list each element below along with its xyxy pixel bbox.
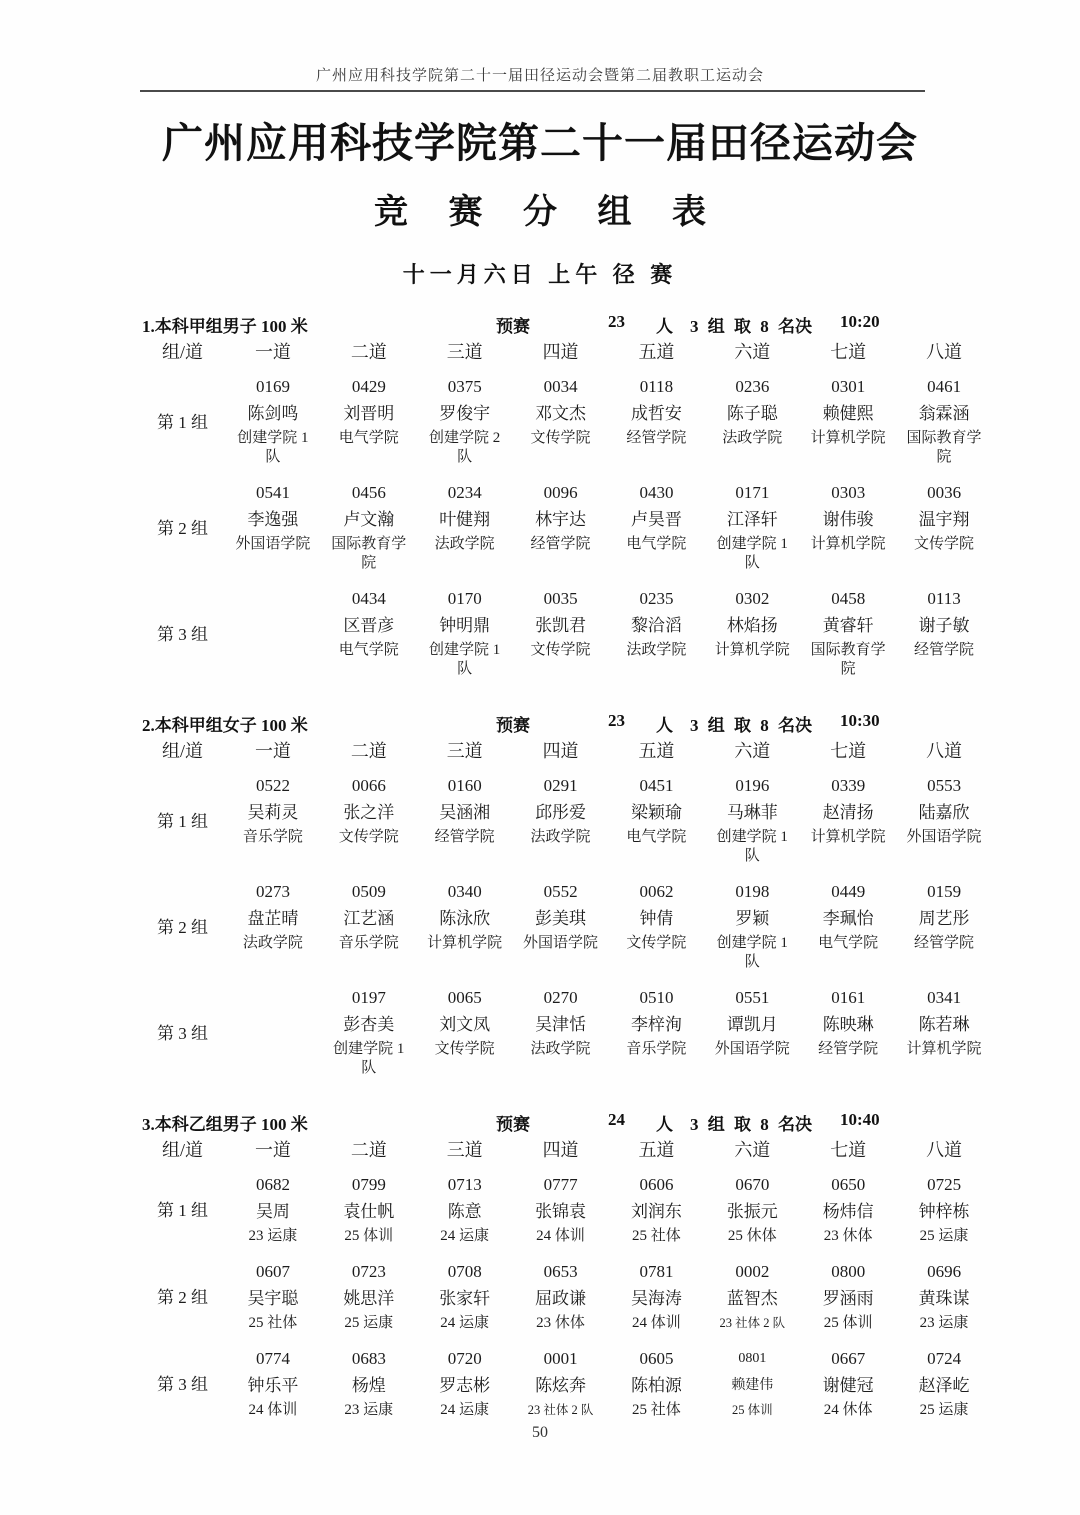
athlete-name: 罗志彬 — [419, 1372, 511, 1400]
lane-cell: 0800罗涵雨25 体训 — [800, 1252, 896, 1339]
event-count-unit: 人 — [656, 1110, 673, 1135]
athlete-team: 25 运康 — [902, 1401, 986, 1420]
athlete-team: 法政学院 — [231, 934, 315, 953]
athlete-team: 23 休体 — [806, 1227, 890, 1246]
athlete-number: 0301 — [802, 374, 894, 400]
lane-header: 六道 — [704, 337, 800, 367]
athlete-number: 0461 — [898, 374, 990, 400]
athlete-name: 黄睿轩 — [802, 612, 894, 640]
athlete-number: 0001 — [515, 1346, 607, 1372]
athlete-number: 0159 — [898, 879, 990, 905]
athlete-team: 创建学院 1 队 — [231, 429, 315, 467]
event-title: 1.本科甲组男子 100 米 — [142, 312, 308, 337]
athlete-team: 创建学院 2 队 — [423, 429, 507, 467]
lane-header: 三道 — [417, 1135, 513, 1165]
athlete-team: 23 休体 — [519, 1314, 603, 1333]
athlete-team: 经管学院 — [423, 828, 507, 847]
athlete-number: 0036 — [898, 480, 990, 506]
group-label: 第 3 组 — [140, 579, 225, 685]
athlete-team: 音乐学院 — [614, 1040, 698, 1059]
lane-cell: 0341陈若琳计算机学院 — [896, 978, 992, 1084]
event-count-unit: 人 — [656, 711, 673, 736]
lane-cell: 0161陈映琳经管学院 — [800, 978, 896, 1084]
athlete-name: 盘芷晴 — [227, 905, 319, 933]
athlete-name: 谢健冠 — [802, 1372, 894, 1400]
athlete-team: 音乐学院 — [327, 934, 411, 953]
athlete-team: 25 社体 — [614, 1227, 698, 1246]
athlete-number: 0339 — [802, 773, 894, 799]
athlete-name: 陈柏源 — [611, 1372, 703, 1400]
athlete-number: 0234 — [419, 480, 511, 506]
lane-header: 八道 — [896, 1135, 992, 1165]
lane-header: 四道 — [513, 736, 609, 766]
athlete-team: 音乐学院 — [231, 828, 315, 847]
lane-cell: 0605陈柏源25 社体 — [609, 1339, 705, 1426]
group-label: 第 1 组 — [140, 367, 225, 473]
event-time: 10:30 — [840, 711, 880, 731]
lane-cell: 0781吴海涛24 体训 — [609, 1252, 705, 1339]
lane-cell: 0429刘晋明电气学院 — [321, 367, 417, 473]
lane-cell: 0169陈剑鸣创建学院 1 队 — [225, 367, 321, 473]
lane-cell: 0118成哲安经管学院 — [609, 367, 705, 473]
athlete-name: 卢昊晋 — [611, 506, 703, 534]
athlete-name: 陈炫奔 — [515, 1372, 607, 1400]
event-qualification: 3 组 取 8 名决 — [690, 711, 812, 736]
athlete-name: 谢子敏 — [898, 612, 990, 640]
athlete-team: 24 运康 — [423, 1314, 507, 1333]
athlete-name: 蓝智杰 — [706, 1285, 798, 1313]
athlete-name: 钟明鼎 — [419, 612, 511, 640]
event-round: 预赛 — [496, 1110, 530, 1135]
athlete-number: 0724 — [898, 1346, 990, 1372]
lane-header: 三道 — [417, 337, 513, 367]
athlete-number: 0197 — [323, 985, 415, 1011]
athlete-team: 24 体训 — [231, 1401, 315, 1420]
athlete-team: 电气学院 — [614, 535, 698, 554]
athlete-team: 25 休体 — [710, 1227, 794, 1246]
lane-header: 八道 — [896, 736, 992, 766]
lane-cell: 0510李梓洵音乐学院 — [609, 978, 705, 1084]
athlete-name: 李珮怡 — [802, 905, 894, 933]
athlete-team: 国际教育学院 — [902, 429, 986, 467]
athlete-team: 24 休体 — [806, 1401, 890, 1420]
athlete-team: 文传学院 — [614, 934, 698, 953]
lane-header: 二道 — [321, 337, 417, 367]
lane-cell: 0113谢子敏经管学院 — [896, 579, 992, 685]
lane-cell: 0451梁颖瑜电气学院 — [609, 766, 705, 872]
event-title: 2.本科甲组女子 100 米 — [142, 711, 308, 736]
lane-cell: 0553陆嘉欣外国语学院 — [896, 766, 992, 872]
lane-cell: 0650杨炜信23 休体 — [800, 1165, 896, 1252]
athlete-number: 0340 — [419, 879, 511, 905]
lane-header: 一道 — [225, 337, 321, 367]
athlete-number: 0273 — [227, 879, 319, 905]
athlete-number: 0682 — [227, 1172, 319, 1198]
lane-header: 三道 — [417, 736, 513, 766]
athlete-number: 0096 — [515, 480, 607, 506]
athlete-number: 0510 — [611, 985, 703, 1011]
doc-title: 广州应用科技学院第二十一届田径运动会 — [0, 110, 1080, 169]
lane-cell: 0551谭凯月外国语学院 — [704, 978, 800, 1084]
lane-cell: 0682吴周23 运康 — [225, 1165, 321, 1252]
athlete-number: 0236 — [706, 374, 798, 400]
lane-cell: 0062钟倩文传学院 — [609, 872, 705, 978]
event-heading: 3.本科乙组男子 100 米预赛24人3 组 取 8 名决10:40 — [140, 1110, 992, 1135]
athlete-team: 外国语学院 — [902, 828, 986, 847]
athlete-team: 创建学院 1 队 — [710, 934, 794, 972]
athlete-number: 0451 — [611, 773, 703, 799]
lane-header: 六道 — [704, 736, 800, 766]
event-participant-count: 23 — [608, 312, 625, 332]
lane-cell: 0036温宇翔文传学院 — [896, 473, 992, 579]
lane-header-label: 组/道 — [140, 337, 225, 367]
athlete-number: 0456 — [323, 480, 415, 506]
athlete-number: 0434 — [323, 586, 415, 612]
athlete-number: 0449 — [802, 879, 894, 905]
event-time: 10:40 — [840, 1110, 880, 1130]
lane-header: 一道 — [225, 1135, 321, 1165]
athlete-name: 彭杏美 — [323, 1011, 415, 1039]
athlete-name: 周艺彤 — [898, 905, 990, 933]
athlete-team: 25 体训 — [327, 1227, 411, 1246]
athlete-team: 计算机学院 — [806, 535, 890, 554]
lane-cell: 0720罗志彬24 运康 — [417, 1339, 513, 1426]
lane-cell: 0096林宇达经管学院 — [513, 473, 609, 579]
athlete-number: 0509 — [323, 879, 415, 905]
lane-cell: 0066张之洋文传学院 — [321, 766, 417, 872]
lane-header: 五道 — [609, 736, 705, 766]
event-heading: 1.本科甲组男子 100 米预赛23人3 组 取 8 名决10:20 — [140, 312, 992, 337]
athlete-name: 林焰扬 — [706, 612, 798, 640]
athlete-team: 计算机学院 — [806, 828, 890, 847]
athlete-team: 计算机学院 — [710, 641, 794, 660]
athlete-name: 陆嘉欣 — [898, 799, 990, 827]
lane-header: 七道 — [800, 736, 896, 766]
lane-cell: 0552彭美琪外国语学院 — [513, 872, 609, 978]
lane-header: 五道 — [609, 337, 705, 367]
athlete-name: 姚思洋 — [323, 1285, 415, 1313]
lane-cell: 0291邱彤爱法政学院 — [513, 766, 609, 872]
athlete-number: 0113 — [898, 586, 990, 612]
athlete-team: 23 运康 — [327, 1401, 411, 1420]
athlete-name: 陈剑鸣 — [227, 400, 319, 428]
lane-cell: 0001陈炫奔23 社体 2 队 — [513, 1339, 609, 1426]
group-label: 第 1 组 — [140, 1165, 225, 1252]
athlete-team: 电气学院 — [806, 934, 890, 953]
athlete-name: 温宇翔 — [898, 506, 990, 534]
athlete-team: 计算机学院 — [902, 1040, 986, 1059]
athlete-number: 0781 — [611, 1259, 703, 1285]
athlete-name: 陈映琳 — [802, 1011, 894, 1039]
athlete-team: 24 体训 — [614, 1314, 698, 1333]
event-heading: 2.本科甲组女子 100 米预赛23人3 组 取 8 名决10:30 — [140, 711, 992, 736]
athlete-number: 0552 — [515, 879, 607, 905]
athlete-number: 0066 — [323, 773, 415, 799]
athlete-number: 0002 — [706, 1259, 798, 1285]
athlete-number: 0196 — [706, 773, 798, 799]
athlete-team: 电气学院 — [327, 429, 411, 448]
lane-cell: 0302林焰扬计算机学院 — [704, 579, 800, 685]
athlete-number: 0720 — [419, 1346, 511, 1372]
athlete-team: 创建学院 1 队 — [327, 1040, 411, 1078]
athlete-name: 李逸强 — [227, 506, 319, 534]
athlete-number: 0774 — [227, 1346, 319, 1372]
athlete-number: 0696 — [898, 1259, 990, 1285]
athlete-name: 刘润东 — [611, 1198, 703, 1226]
event-grid: 组/道一道二道三道四道五道六道七道八道第 1 组0169陈剑鸣创建学院 1 队0… — [140, 337, 992, 685]
athlete-number: 0062 — [611, 879, 703, 905]
athlete-team: 国际教育学院 — [806, 641, 890, 679]
athlete-name: 陈子聪 — [706, 400, 798, 428]
lane-cell: 0236陈子聪法政学院 — [704, 367, 800, 473]
lane-cell: 0234叶健翔法政学院 — [417, 473, 513, 579]
athlete-name: 张之洋 — [323, 799, 415, 827]
lane-cell: 0235黎洽滔法政学院 — [609, 579, 705, 685]
athlete-team: 23 社体 2 队 — [519, 1401, 603, 1420]
lane-cell: 0713陈意24 运康 — [417, 1165, 513, 1252]
athlete-team: 经管学院 — [519, 535, 603, 554]
lane-header: 七道 — [800, 337, 896, 367]
lane-cell: 0777张锦袁24 体训 — [513, 1165, 609, 1252]
lane-cell: 0683杨煌23 运康 — [321, 1339, 417, 1426]
athlete-number: 0429 — [323, 374, 415, 400]
lane-cell: 0724赵泽屹25 运康 — [896, 1339, 992, 1426]
event-round: 预赛 — [496, 711, 530, 736]
athlete-name: 陈意 — [419, 1198, 511, 1226]
lane-header-label: 组/道 — [140, 736, 225, 766]
athlete-number: 0160 — [419, 773, 511, 799]
lane-cell: 0799袁仕帆25 体训 — [321, 1165, 417, 1252]
lane-cell: 0522吴莉灵音乐学院 — [225, 766, 321, 872]
document-page: 广州应用科技学院第二十一届田径运动会暨第二届教职工运动会 广州应用科技学院第二十… — [0, 0, 1080, 1515]
athlete-team: 25 运康 — [902, 1227, 986, 1246]
athlete-number: 0170 — [419, 586, 511, 612]
athlete-name: 刘文凤 — [419, 1011, 511, 1039]
group-label: 第 2 组 — [140, 1252, 225, 1339]
athlete-team: 文传学院 — [519, 429, 603, 448]
athlete-name: 林宇达 — [515, 506, 607, 534]
lane-header: 六道 — [704, 1135, 800, 1165]
lane-cell: 0160吴涵湘经管学院 — [417, 766, 513, 872]
lane-cell: 0340陈泳欣计算机学院 — [417, 872, 513, 978]
lane-cell: 0509江艺涵音乐学院 — [321, 872, 417, 978]
athlete-number: 0725 — [898, 1172, 990, 1198]
lane-cell — [225, 978, 321, 1084]
athlete-name: 李梓洵 — [611, 1011, 703, 1039]
athlete-number: 0667 — [802, 1346, 894, 1372]
athlete-team: 25 社体 — [231, 1314, 315, 1333]
lane-cell: 0170钟明鼎创建学院 1 队 — [417, 579, 513, 685]
lane-cell: 0198罗颖创建学院 1 队 — [704, 872, 800, 978]
athlete-team: 法政学院 — [519, 1040, 603, 1059]
lane-cell: 0301赖健熙计算机学院 — [800, 367, 896, 473]
athlete-team: 文传学院 — [327, 828, 411, 847]
lane-cell: 0458黄睿轩国际教育学院 — [800, 579, 896, 685]
lane-cell: 0375罗俊宇创建学院 2 队 — [417, 367, 513, 473]
athlete-team: 创建学院 1 队 — [710, 535, 794, 573]
lane-header: 八道 — [896, 337, 992, 367]
lane-cell: 0696黄珠谋23 运康 — [896, 1252, 992, 1339]
athlete-number: 0553 — [898, 773, 990, 799]
athlete-name: 邱彤爱 — [515, 799, 607, 827]
athlete-number: 0800 — [802, 1259, 894, 1285]
athlete-team: 电气学院 — [614, 828, 698, 847]
lane-cell: 0303谢伟骏计算机学院 — [800, 473, 896, 579]
event-qualification: 3 组 取 8 名决 — [690, 1110, 812, 1135]
athlete-name: 黄珠谋 — [898, 1285, 990, 1313]
lane-cell: 0708张家轩24 运康 — [417, 1252, 513, 1339]
athlete-team: 25 体训 — [806, 1314, 890, 1333]
athlete-team: 外国语学院 — [519, 934, 603, 953]
lane-cell: 0723姚思洋25 运康 — [321, 1252, 417, 1339]
event-grid: 组/道一道二道三道四道五道六道七道八道第 1 组0682吴周23 运康0799袁… — [140, 1135, 992, 1426]
athlete-number: 0683 — [323, 1346, 415, 1372]
page-number: 50 — [0, 1424, 1080, 1442]
athlete-name: 邓文杰 — [515, 400, 607, 428]
athlete-team: 外国语学院 — [231, 535, 315, 554]
athlete-name: 彭美琪 — [515, 905, 607, 933]
athlete-team: 外国语学院 — [710, 1040, 794, 1059]
athlete-number: 0171 — [706, 480, 798, 506]
lane-header: 五道 — [609, 1135, 705, 1165]
event-count-unit: 人 — [656, 312, 673, 337]
lane-header: 二道 — [321, 1135, 417, 1165]
athlete-number: 0065 — [419, 985, 511, 1011]
athlete-team: 23 运康 — [231, 1227, 315, 1246]
athlete-number: 0303 — [802, 480, 894, 506]
athlete-name: 卢文瀚 — [323, 506, 415, 534]
doc-subtitle: 竞 赛 分 组 表 — [0, 184, 1080, 233]
event-section: 2.本科甲组女子 100 米预赛23人3 组 取 8 名决10:30组/道一道二… — [140, 711, 992, 1084]
lane-cell: 0606刘润东25 社体 — [609, 1165, 705, 1252]
group-label: 第 3 组 — [140, 978, 225, 1084]
athlete-number: 0653 — [515, 1259, 607, 1285]
athlete-name: 吴涵湘 — [419, 799, 511, 827]
lane-cell: 0607吴宇聪25 社体 — [225, 1252, 321, 1339]
lane-header-label: 组/道 — [140, 1135, 225, 1165]
athlete-name: 钟梓栋 — [898, 1198, 990, 1226]
athlete-name: 吴津恬 — [515, 1011, 607, 1039]
athlete-team: 创建学院 1 队 — [423, 641, 507, 679]
lane-cell: 0653屈政谦23 休体 — [513, 1252, 609, 1339]
athlete-name: 赵清扬 — [802, 799, 894, 827]
athlete-name: 张凯君 — [515, 612, 607, 640]
athlete-name: 吴莉灵 — [227, 799, 319, 827]
lane-cell: 0171江泽轩创建学院 1 队 — [704, 473, 800, 579]
lane-cell: 0065刘文凤文传学院 — [417, 978, 513, 1084]
lane-cell: 0339赵清扬计算机学院 — [800, 766, 896, 872]
lane-cell: 0159周艺彤经管学院 — [896, 872, 992, 978]
athlete-number: 0777 — [515, 1172, 607, 1198]
lane-cell: 0270吴津恬法政学院 — [513, 978, 609, 1084]
group-label: 第 2 组 — [140, 473, 225, 579]
athlete-name: 罗涵雨 — [802, 1285, 894, 1313]
event-section: 1.本科甲组男子 100 米预赛23人3 组 取 8 名决10:20组/道一道二… — [140, 312, 992, 685]
athlete-name: 梁颖瑜 — [611, 799, 703, 827]
lane-cell: 0035张凯君文传学院 — [513, 579, 609, 685]
event-section: 3.本科乙组男子 100 米预赛24人3 组 取 8 名决10:40组/道一道二… — [140, 1110, 992, 1426]
event-participant-count: 24 — [608, 1110, 625, 1130]
athlete-team: 经管学院 — [902, 641, 986, 660]
event-round: 预赛 — [496, 312, 530, 337]
athlete-team: 文传学院 — [423, 1040, 507, 1059]
athlete-name: 翁霖涵 — [898, 400, 990, 428]
athlete-team: 经管学院 — [902, 934, 986, 953]
athlete-name: 黎洽滔 — [611, 612, 703, 640]
lane-cell: 0273盘芷晴法政学院 — [225, 872, 321, 978]
athlete-name: 叶健翔 — [419, 506, 511, 534]
lane-header: 七道 — [800, 1135, 896, 1165]
athlete-number: 0169 — [227, 374, 319, 400]
lane-cell: 0196马琳菲创建学院 1 队 — [704, 766, 800, 872]
athlete-team: 计算机学院 — [423, 934, 507, 953]
athlete-name: 屈政谦 — [515, 1285, 607, 1313]
athlete-team: 25 运康 — [327, 1314, 411, 1333]
athlete-team: 法政学院 — [710, 429, 794, 448]
athlete-number: 0035 — [515, 586, 607, 612]
athlete-name: 赖建伟 — [706, 1372, 798, 1400]
lane-header: 二道 — [321, 736, 417, 766]
athlete-team: 24 运康 — [423, 1401, 507, 1420]
athlete-name: 马琳菲 — [706, 799, 798, 827]
athlete-name: 杨炜信 — [802, 1198, 894, 1226]
athlete-team: 23 运康 — [902, 1314, 986, 1333]
athlete-team: 电气学院 — [327, 641, 411, 660]
athlete-name: 吴宇聪 — [227, 1285, 319, 1313]
athlete-number: 0118 — [611, 374, 703, 400]
athlete-number: 0375 — [419, 374, 511, 400]
athlete-team: 23 社体 2 队 — [710, 1314, 794, 1333]
athlete-name: 江艺涵 — [323, 905, 415, 933]
athlete-team: 25 社体 — [614, 1401, 698, 1420]
athlete-number: 0541 — [227, 480, 319, 506]
lane-cell: 0449李珮怡电气学院 — [800, 872, 896, 978]
athlete-team: 计算机学院 — [806, 429, 890, 448]
athlete-name: 袁仕帆 — [323, 1198, 415, 1226]
athlete-name: 钟倩 — [611, 905, 703, 933]
athlete-number: 0713 — [419, 1172, 511, 1198]
group-label: 第 1 组 — [140, 766, 225, 872]
athlete-team: 法政学院 — [614, 641, 698, 660]
lane-cell: 0667谢健冠24 休体 — [800, 1339, 896, 1426]
athlete-number: 0607 — [227, 1259, 319, 1285]
group-label: 第 2 组 — [140, 872, 225, 978]
athlete-name: 区晋彦 — [323, 612, 415, 640]
athlete-name: 赵泽屹 — [898, 1372, 990, 1400]
session-line: 十一月六日 上午 径 赛 — [0, 258, 1080, 289]
lane-cell — [225, 579, 321, 685]
lane-cell: 0456卢文瀚国际教育学院 — [321, 473, 417, 579]
athlete-number: 0551 — [706, 985, 798, 1011]
lane-header: 四道 — [513, 1135, 609, 1165]
event-qualification: 3 组 取 8 名决 — [690, 312, 812, 337]
lane-cell: 0434区晋彦电气学院 — [321, 579, 417, 685]
lane-cell: 0801赖建伟25 体训 — [704, 1339, 800, 1426]
athlete-number: 0522 — [227, 773, 319, 799]
lane-cell: 0461翁霖涵国际教育学院 — [896, 367, 992, 473]
athlete-team: 法政学院 — [423, 535, 507, 554]
event-time: 10:20 — [840, 312, 880, 332]
athlete-team: 经管学院 — [806, 1040, 890, 1059]
athlete-number: 0430 — [611, 480, 703, 506]
event-title: 3.本科乙组男子 100 米 — [142, 1110, 308, 1135]
group-label: 第 3 组 — [140, 1339, 225, 1426]
athlete-name: 张家轩 — [419, 1285, 511, 1313]
athlete-name: 钟乐平 — [227, 1372, 319, 1400]
events-container: 1.本科甲组男子 100 米预赛23人3 组 取 8 名决10:20组/道一道二… — [140, 312, 992, 1452]
lane-cell: 0002蓝智杰23 社体 2 队 — [704, 1252, 800, 1339]
running-header: 广州应用科技学院第二十一届田径运动会暨第二届教职工运动会 — [0, 64, 1080, 85]
